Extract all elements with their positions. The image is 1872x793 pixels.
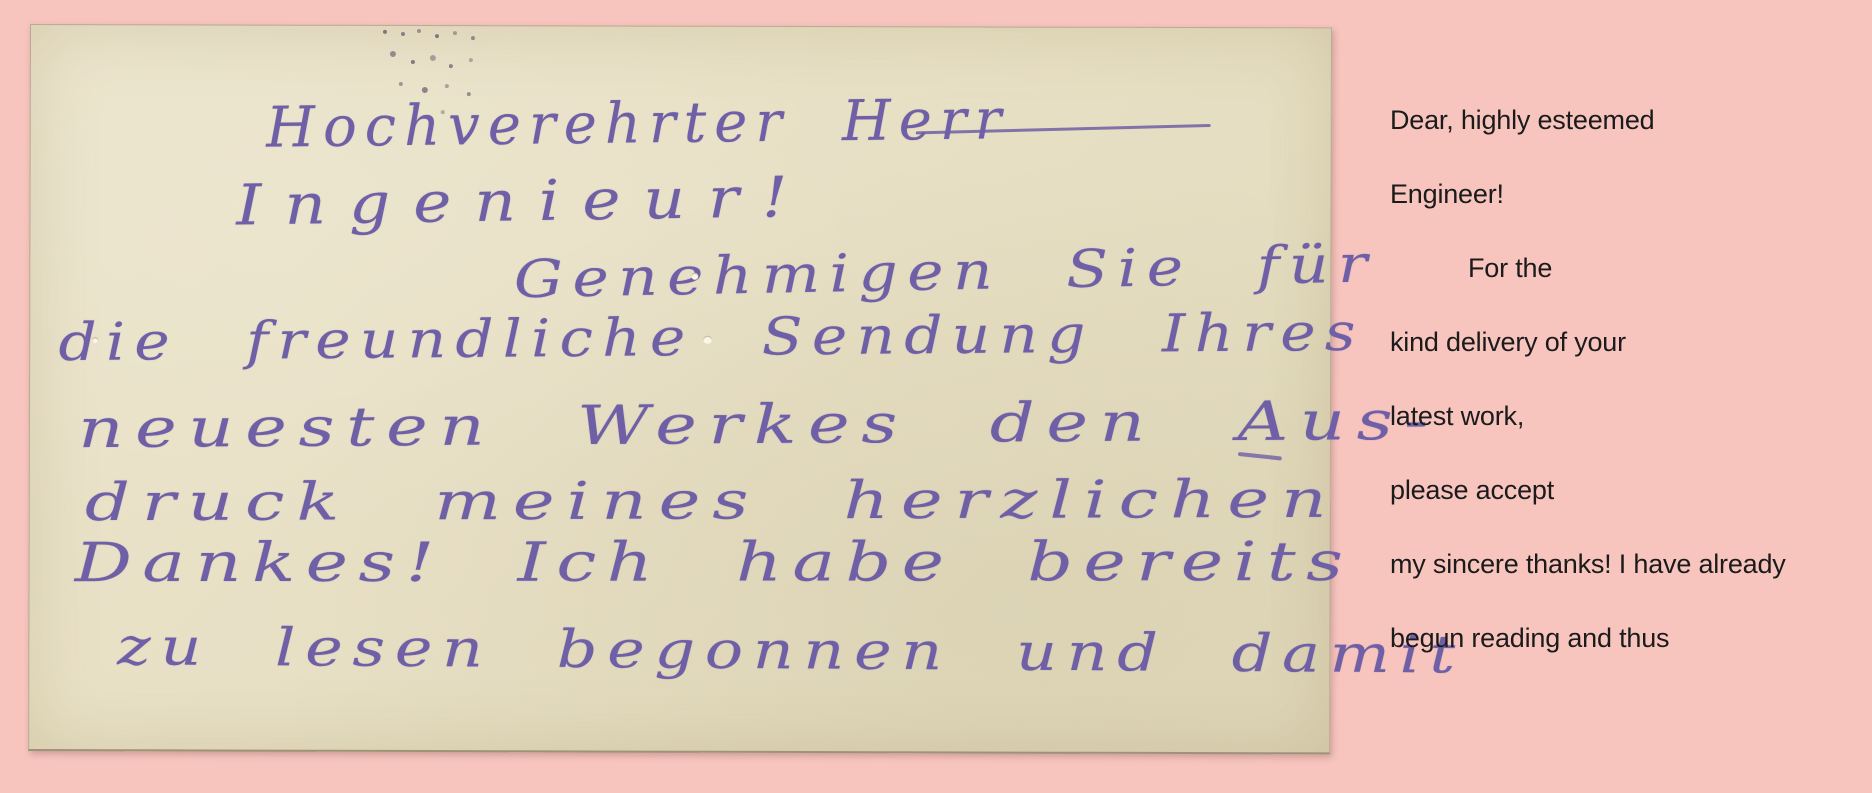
translation-line: begun reading and thus bbox=[1390, 625, 1860, 699]
handwritten-line-7: Dankes! Ich habe bereits bbox=[75, 530, 1354, 594]
handwritten-line-5: neuesten Werkes den Aus- bbox=[78, 389, 1440, 460]
paper-pinhole bbox=[703, 336, 712, 344]
translation-line: my sincere thanks! I have already bbox=[1390, 551, 1860, 625]
handwritten-line-2: Ingenieur! bbox=[236, 165, 811, 239]
paper-pinhole bbox=[92, 337, 98, 343]
handwritten-line-3: Genehmigen Sie für bbox=[513, 234, 1377, 310]
translation-line: please accept bbox=[1390, 477, 1860, 551]
translation-panel: Dear, highly esteemed Engineer! For the … bbox=[1390, 107, 1860, 699]
screenshot-root: Hochverehrter Herr Ingenieur! Genehmigen… bbox=[0, 0, 1872, 793]
paper-pinhole bbox=[691, 273, 698, 280]
handwritten-line-8: zu lesen begonnen und damit bbox=[117, 617, 1465, 685]
postcard-scan: Hochverehrter Herr Ingenieur! Genehmigen… bbox=[28, 24, 1332, 754]
handwritten-line-1: Hochverehrter Herr bbox=[266, 87, 1010, 160]
hyphen-underscore-mark bbox=[1238, 452, 1282, 461]
handwritten-line-6: druck meines herzlichen bbox=[85, 470, 1339, 533]
translation-line: Engineer! bbox=[1390, 181, 1860, 255]
translation-line: latest work, bbox=[1390, 403, 1860, 477]
translation-line: Dear, highly esteemed bbox=[1390, 107, 1860, 181]
translation-line: For the bbox=[1390, 255, 1860, 329]
postmark-specks bbox=[383, 30, 387, 34]
translation-line: kind delivery of your bbox=[1390, 329, 1860, 403]
